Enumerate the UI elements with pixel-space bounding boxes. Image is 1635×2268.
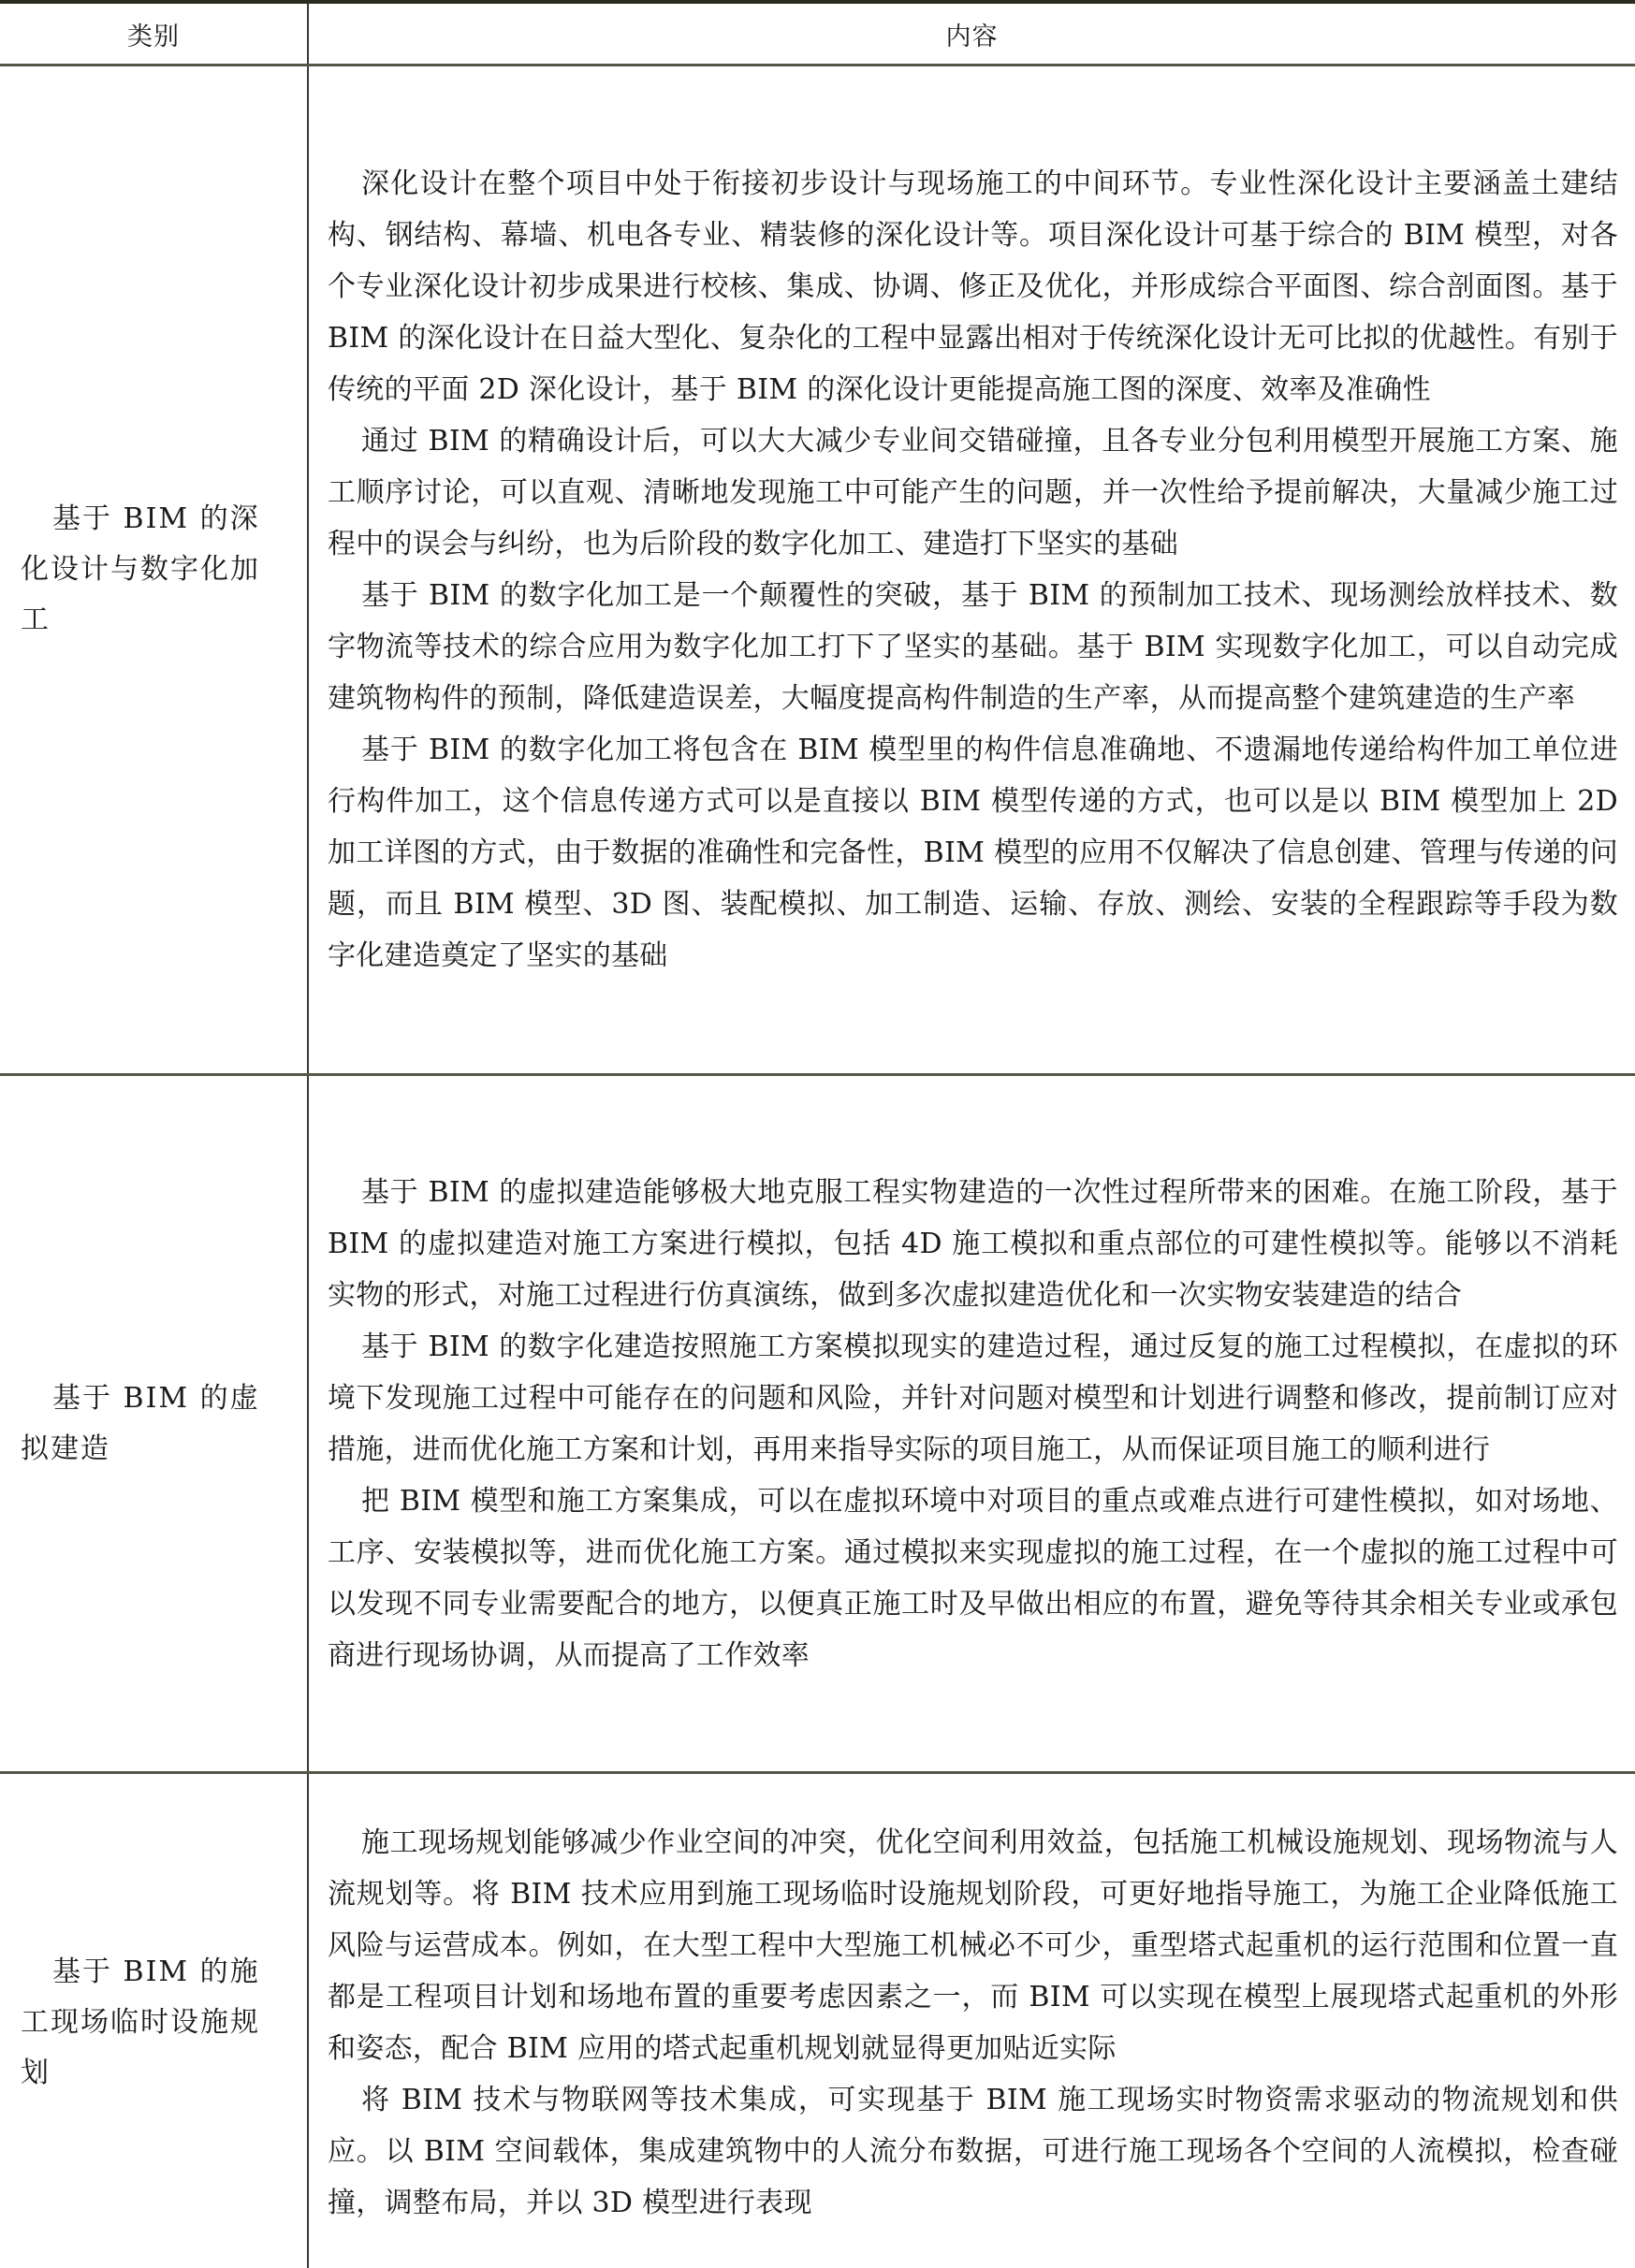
content-cell: 基于 BIM 的虚拟建造能够极大地克服工程实物建造的一次性过程所带来的困难。在施…: [309, 1076, 1635, 1771]
header-content: 内容: [309, 4, 1635, 64]
content-paragraph: 深化设计在整个项目中处于衔接初步设计与现场施工的中间环节。专业性深化设计主要涵盖…: [328, 158, 1618, 415]
category-cell: 基于 BIM 的施工现场临时设施规划: [0, 1774, 309, 2268]
table-row: 基于 BIM 的深化设计与数字化加工 深化设计在整个项目中处于衔接初步设计与现场…: [0, 66, 1635, 1076]
content-paragraph: 把 BIM 模型和施工方案集成，可以在虚拟环境中对项目的重点或难点进行可建性模拟…: [328, 1476, 1618, 1681]
bim-application-table: 类别 内容 基于 BIM 的深化设计与数字化加工 深化设计在整个项目中处于衔接初…: [0, 0, 1635, 2268]
table-header-row: 类别 内容: [0, 4, 1635, 66]
content-paragraph: 基于 BIM 的数字化加工将包含在 BIM 模型里的构件信息准确地、不遗漏地传递…: [328, 724, 1618, 981]
category-label: 基于 BIM 的虚拟建造: [0, 1374, 307, 1475]
content-cell: 施工现场规划能够减少作业空间的冲突，优化空间利用效益，包括施工机械设施规划、现场…: [309, 1774, 1635, 2268]
category-label: 基于 BIM 的施工现场临时设施规划: [0, 1947, 307, 2099]
category-cell: 基于 BIM 的虚拟建造: [0, 1076, 309, 1771]
table-row: 基于 BIM 的施工现场临时设施规划 施工现场规划能够减少作业空间的冲突，优化空…: [0, 1774, 1635, 2268]
content-cell: 深化设计在整个项目中处于衔接初步设计与现场施工的中间环节。专业性深化设计主要涵盖…: [309, 66, 1635, 1073]
content-paragraph: 基于 BIM 的数字化加工是一个颠覆性的突破，基于 BIM 的预制加工技术、现场…: [328, 570, 1618, 724]
header-category: 类别: [0, 4, 309, 64]
category-cell: 基于 BIM 的深化设计与数字化加工: [0, 66, 309, 1073]
content-paragraph: 将 BIM 技术与物联网等技术集成，可实现基于 BIM 施工现场实时物资需求驱动…: [328, 2074, 1618, 2229]
content-paragraph: 通过 BIM 的精确设计后，可以大大减少专业间交错碰撞，且各专业分包利用模型开展…: [328, 415, 1618, 570]
table-row: 基于 BIM 的虚拟建造 基于 BIM 的虚拟建造能够极大地克服工程实物建造的一…: [0, 1076, 1635, 1774]
content-paragraph: 基于 BIM 的数字化建造按照施工方案模拟现实的建造过程，通过反复的施工过程模拟…: [328, 1321, 1618, 1476]
content-paragraph: 基于 BIM 的虚拟建造能够极大地克服工程实物建造的一次性过程所带来的困难。在施…: [328, 1167, 1618, 1321]
category-label: 基于 BIM 的深化设计与数字化加工: [0, 494, 307, 646]
content-paragraph: 施工现场规划能够减少作业空间的冲突，优化空间利用效益，包括施工机械设施规划、现场…: [328, 1817, 1618, 2074]
